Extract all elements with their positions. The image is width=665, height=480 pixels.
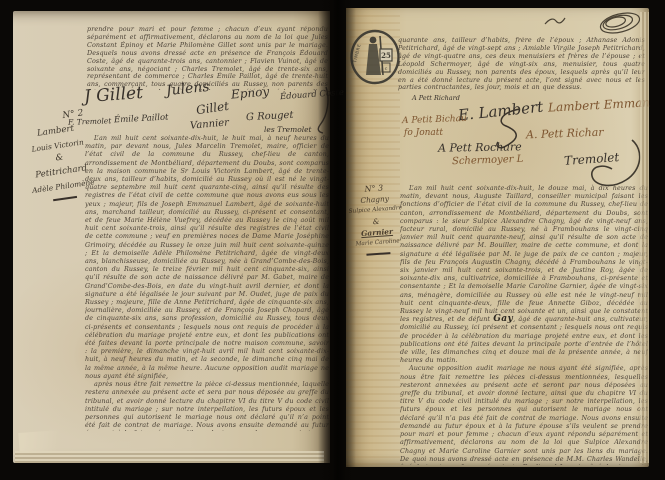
- signature: Schermoyer L: [452, 154, 524, 167]
- margin-note-rule: [53, 196, 77, 201]
- bride-firstnames: Marie Caroline: [350, 236, 405, 251]
- act2-body-text: L’an mil huit cent soixante-dix-huit, le…: [85, 134, 329, 431]
- signature: Epnoy: [230, 84, 269, 101]
- revenue-stamp: 25 c TIMBRE: [349, 29, 402, 86]
- stamp-value: 25: [381, 51, 391, 60]
- signature: A. Pett Richar: [526, 126, 604, 142]
- page-corner-scribble: [596, 8, 644, 38]
- signature: A Pett Rochare: [438, 140, 522, 154]
- signature: E. Lambert: [457, 98, 544, 125]
- signature: fo Jonatt: [404, 128, 443, 138]
- signature: les Tremolet: [264, 125, 312, 134]
- signature: G Rouget: [246, 110, 294, 123]
- signature: Julens: [165, 79, 210, 99]
- stamp-unit: c: [385, 66, 388, 72]
- page-corner-curl: [18, 429, 75, 455]
- signature: A Petit Bichau: [402, 114, 467, 126]
- act3-body-text: L’an mil huit cent soixante-dix-huit, le…: [400, 184, 648, 465]
- scanned-register-spread: prendre pour mari et pour femme ; chacun…: [0, 0, 665, 480]
- register-page-left: prendre pour mari et pour femme ; chacun…: [13, 11, 330, 463]
- signature: Édouard Coste: [280, 88, 344, 102]
- signature: Tremolet: [564, 150, 620, 168]
- margin-note-act-3: N° 3 Chagny Sulpice Alexandre & Garnier …: [347, 181, 406, 257]
- act2-closing-paragraph: quarante ans, tailleur d’habits, frère d…: [398, 37, 645, 95]
- signature: A Pett Richard: [412, 94, 460, 102]
- stamp-figure-head: [370, 37, 377, 44]
- signature: Vannier: [190, 117, 230, 131]
- signature: J Gillet: [83, 83, 143, 107]
- signature: Gillet: [195, 99, 230, 117]
- ink-tick-flourish: [544, 15, 566, 27]
- signature-block-act1: J Gillet Julens Epnoy Édouard Coste Gill…: [68, 83, 330, 137]
- register-page-right: 25 c TIMBRE quarante ans, tailleur d’hab…: [346, 8, 649, 467]
- signature: Lambert Emman: [548, 95, 651, 114]
- signature: Émile Paillot: [114, 113, 169, 126]
- signature-block-act2: A Pett Richard E. Lambert Lambert Emman …: [396, 94, 651, 196]
